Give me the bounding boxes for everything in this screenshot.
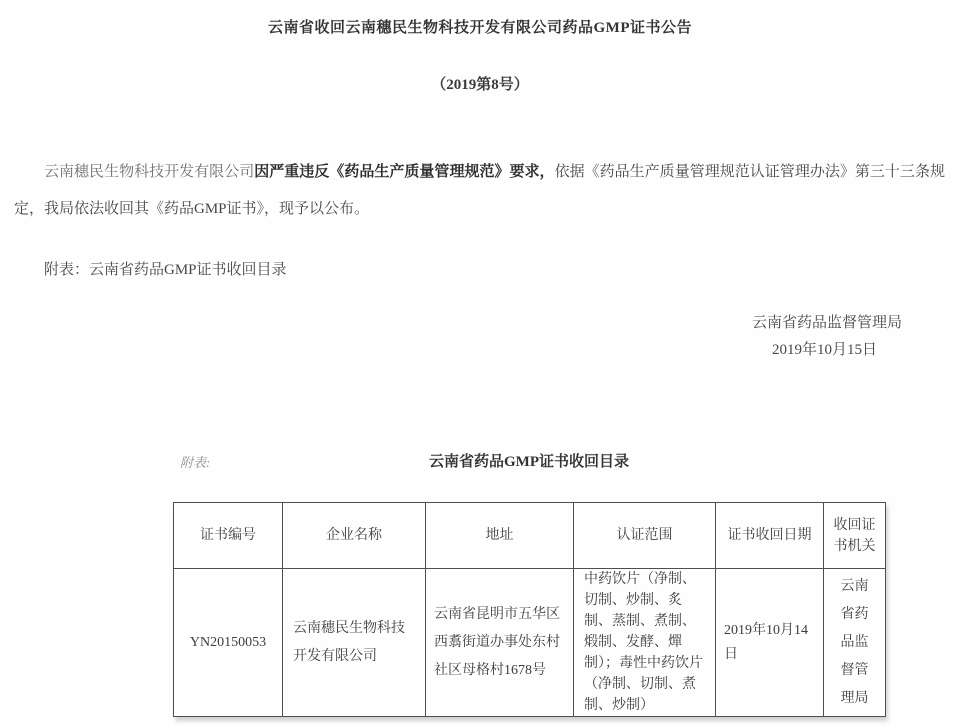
header-recall-authority: 收回证书机关 — [824, 503, 886, 569]
issue-date: 2019年10月15日 — [0, 337, 960, 364]
table-row: YN20150053 云南穗民生物科技开发有限公司 云南省昆明市五华区西翥街道办… — [174, 569, 886, 717]
violation-emphasis: 因严重违反《药品生产质量管理规范》要求， — [254, 164, 554, 180]
header-certification-scope: 认证范围 — [574, 503, 716, 569]
recall-table-title: 云南省药品GMP证书收回目录 — [173, 450, 885, 471]
body-paragraph: 云南穗民生物科技开发有限公司因严重违反《药品生产质量管理规范》要求，依据《药品生… — [14, 154, 945, 228]
document-number: （2019第8号） — [14, 73, 946, 94]
header-address: 地址 — [426, 503, 574, 569]
cell-company-name: 云南穗民生物科技开发有限公司 — [283, 569, 426, 717]
cell-recall-date: 2019年10月14日 — [716, 569, 824, 717]
page-title: 云南省收回云南穗民生物科技开发有限公司药品GMP证书公告 — [14, 16, 946, 37]
header-certificate-no: 证书编号 — [174, 503, 283, 569]
company-name: 云南穗民生物科技开发有限公司 — [44, 164, 254, 180]
issuing-agency: 云南省药品监督管理局 — [0, 310, 960, 337]
cell-certificate-no: YN20150053 — [174, 569, 283, 717]
header-company-name: 企业名称 — [283, 503, 426, 569]
attachment-label: 附表: — [180, 452, 210, 471]
document-page: 云南省收回云南穗民生物科技开发有限公司药品GMP证书公告 （2019第8号） 云… — [0, 0, 960, 727]
cell-address: 云南省昆明市五华区西翥街道办事处东村社区母格村1678号 — [426, 569, 574, 717]
signature-block: 云南省药品监督管理局 2019年10月15日 — [0, 310, 960, 364]
recall-table: 证书编号 企业名称 地址 认证范围 证书收回日期 收回证书机关 YN201500… — [173, 502, 886, 717]
cell-certification-scope: 中药饮片（净制、切制、炒制、炙制、蒸制、煮制、煅制、发酵、燀制）；毒性中药饮片（… — [574, 569, 716, 717]
table-header-row: 证书编号 企业名称 地址 认证范围 证书收回日期 收回证书机关 — [174, 503, 886, 569]
attachment-note: 附表：云南省药品GMP证书收回目录 — [14, 260, 946, 280]
attachment-header: 附表: 云南省药品GMP证书收回目录 — [173, 450, 885, 472]
attachment-section: 附表: 云南省药品GMP证书收回目录 证书编号 企业名称 地址 认证范围 证书收… — [173, 450, 885, 717]
cell-recall-authority: 云南省药品监督管理局 — [824, 569, 886, 717]
header-recall-date: 证书收回日期 — [716, 503, 824, 569]
